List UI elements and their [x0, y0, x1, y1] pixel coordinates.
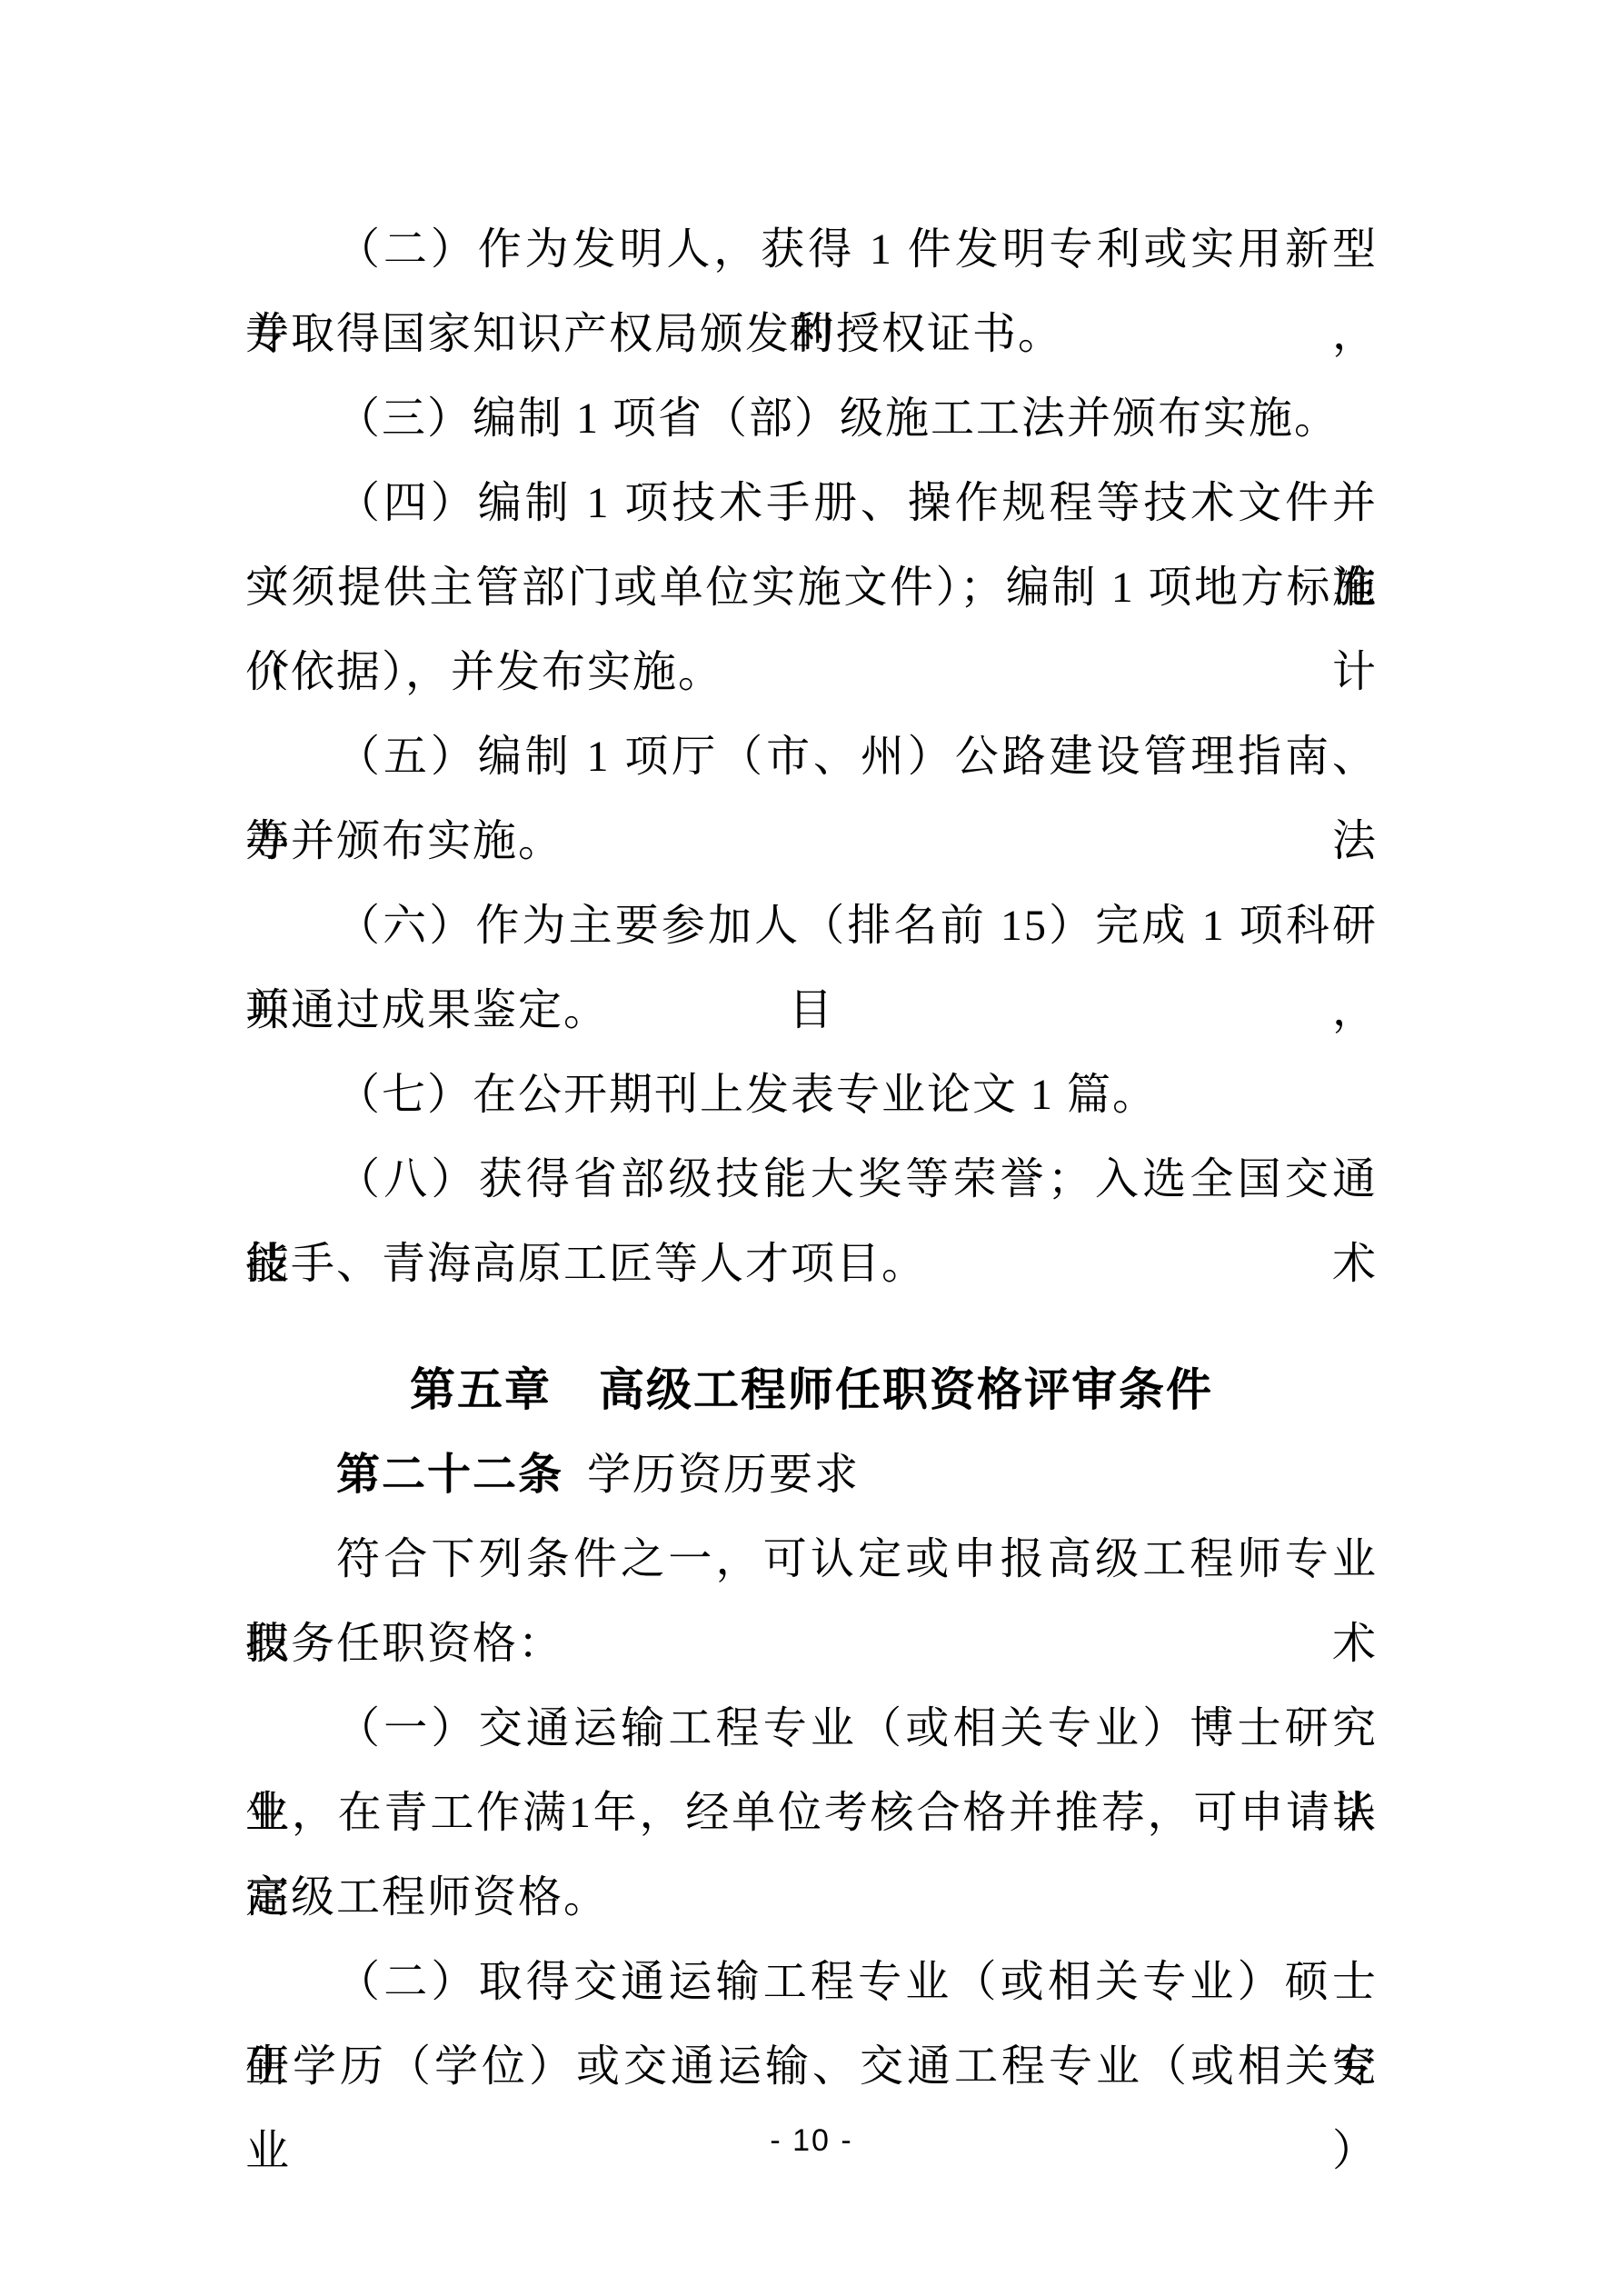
text-line: （二）取得交通运输工程专业（或相关专业）硕士研究 — [245, 1940, 1378, 2024]
text-line: 符合下列条件之一，可认定或申报高级工程师专业技术 — [245, 1517, 1378, 1602]
document-body: （二）作为发明人，获得 1 件发明专利或实用新型专利， 并取得国家知识产权局颁发… — [245, 207, 1378, 2109]
text-line: （七）在公开期刊上发表专业论文 1 篇。 — [245, 1053, 1378, 1137]
text-line: 高级工程师资格。 — [245, 1855, 1378, 1940]
text-line: 生学历（学位）或交通运输、交通工程专业（或相关专业） — [245, 2024, 1378, 2109]
article-heading: 第二十二条学历资历要求 — [245, 1433, 1378, 1517]
chapter-heading: 第五章 高级工程师任职资格评审条件 — [245, 1348, 1378, 1433]
document-page: （二）作为发明人，获得 1 件发明专利或实用新型专利， 并取得国家知识产权局颁发… — [0, 0, 1623, 2296]
text-line: （二）作为发明人，获得 1 件发明专利或实用新型专利， — [245, 207, 1378, 292]
text-line: （五）编制 1 项厅（市、州）公路建设管理指南、办法 — [245, 714, 1378, 799]
section-gap — [245, 1306, 1378, 1348]
text-line: （须提供主管部门或单位实施文件）；编制 1 项地方标准（计 — [245, 545, 1378, 630]
text-line: 业，在青工作满1年，经单位考核合格并推荐，可申请认定 — [245, 1771, 1378, 1855]
text-line: （六）作为主要参加人（排名前 15）完成 1 项科研项目， — [245, 883, 1378, 968]
text-line: （八）获得省部级技能大奖等荣誉；入选全国交通技术 — [245, 1137, 1378, 1222]
text-line: （一）交通运输工程专业（或相关专业）博士研究生毕 — [245, 1686, 1378, 1771]
text-line: （三）编制 1 项省（部）级施工工法并颁布实施。 — [245, 376, 1378, 461]
page-number: - 10 - — [0, 2118, 1623, 2163]
article-title: 学历资历要求 — [587, 1451, 860, 1499]
article-number: 第二十二条 — [336, 1451, 563, 1499]
text-line: （四）编制 1 项技术手册、操作规程等技术文件并实施 — [245, 461, 1378, 545]
